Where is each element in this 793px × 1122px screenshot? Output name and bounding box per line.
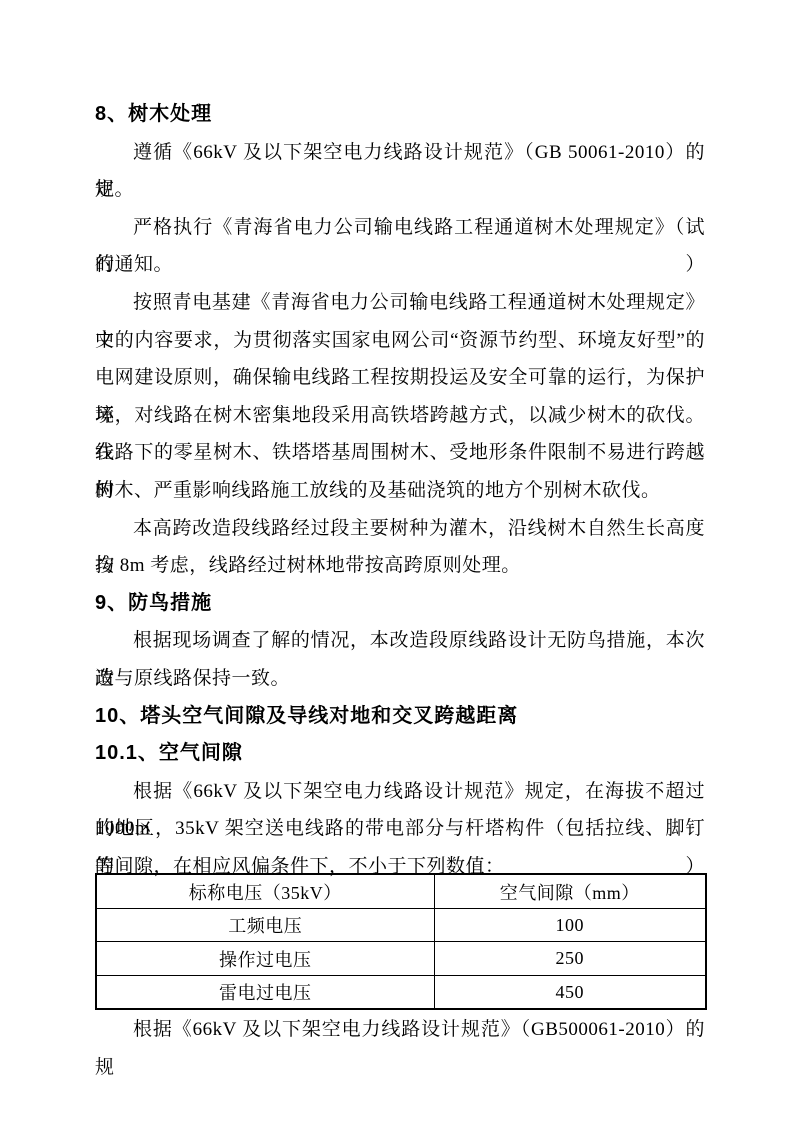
- paragraph-line: 按 8m 考虑，线路经过树林地带按高跨原则处理。: [95, 547, 705, 585]
- subsection-heading-air-gap: 10.1、空气间隙: [95, 735, 705, 773]
- paragraph-line: 按照青电基建《青海省电力公司输电线路工程通道树木处理规定》文: [95, 284, 705, 322]
- table-cell-value: 450: [434, 975, 706, 1009]
- table-row: 雷电过电压 450: [96, 975, 706, 1009]
- paragraph-line: 根据《66kV 及以下架空电力线路设计规范》（GB500061-2010）的规: [95, 1011, 705, 1049]
- table-cell-value: 250: [434, 942, 706, 976]
- paragraph-line: 线路下的零星树木、铁塔塔基周围树木、受地形条件限制不易进行跨越的: [95, 434, 705, 472]
- paragraph-line: 造与原线路保持一致。: [95, 660, 705, 698]
- paragraph-line: 中的内容要求，为贯彻落实国家电网公司“资源节约型、环境友好型”的: [95, 322, 705, 360]
- table-cell-value: 100: [434, 908, 706, 942]
- paragraph-line: 树木、严重影响线路施工放线的及基础浇筑的地方个别树木砍伐。: [95, 472, 705, 510]
- table-cell-label: 雷电过电压: [96, 975, 434, 1009]
- paragraph-line: 遵循《66kV 及以下架空电力线路设计规范》（GB 50061-2010）的规: [95, 134, 705, 172]
- section-heading-birds: 9、防鸟措施: [95, 585, 705, 623]
- paragraph-line: 本高跨改造段线路经过段主要树种为灌木，沿线树木自然生长高度均: [95, 510, 705, 548]
- table-row: 操作过电压 250: [96, 942, 706, 976]
- paragraph-line: 的地区，35kV 架空送电线路的带电部分与杆塔构件（包括拉线、脚钉等）: [95, 810, 705, 848]
- paragraph-line: 严格执行《青海省电力公司输电线路工程通道树木处理规定》（试行）: [95, 209, 705, 247]
- document-content: 8、树木处理 遵循《66kV 及以下架空电力线路设计规范》（GB 50061-2…: [95, 96, 705, 1049]
- air-gap-table: 标称电压（35kV） 空气间隙（mm） 工频电压 100 操作过电压 250 雷…: [95, 873, 707, 1010]
- table-cell-label: 工频电压: [96, 908, 434, 942]
- table-row: 工频电压 100: [96, 908, 706, 942]
- section-heading-trees: 8、树木处理: [95, 96, 705, 134]
- section-heading-clearances: 10、塔头空气间隙及导线对地和交叉跨越距离: [95, 698, 705, 736]
- paragraph-line: 根据《66kV 及以下架空电力线路设计规范》规定，在海拔不超过 1000m: [95, 773, 705, 811]
- paragraph-line: 定。: [95, 171, 705, 209]
- paragraph-line: 境，对线路在树木密集地段采用高铁塔跨越方式，以减少树木的砍伐。在: [95, 397, 705, 435]
- document-page: 8、树木处理 遵循《66kV 及以下架空电力线路设计规范》（GB 50061-2…: [0, 0, 793, 1122]
- paragraph-line: 电网建设原则，确保输电线路工程按期投运及安全可靠的运行，为保护环: [95, 359, 705, 397]
- paragraph-line: 根据现场调查了解的情况，本改造段原线路设计无防鸟措施，本次改: [95, 622, 705, 660]
- table-cell-label: 操作过电压: [96, 942, 434, 976]
